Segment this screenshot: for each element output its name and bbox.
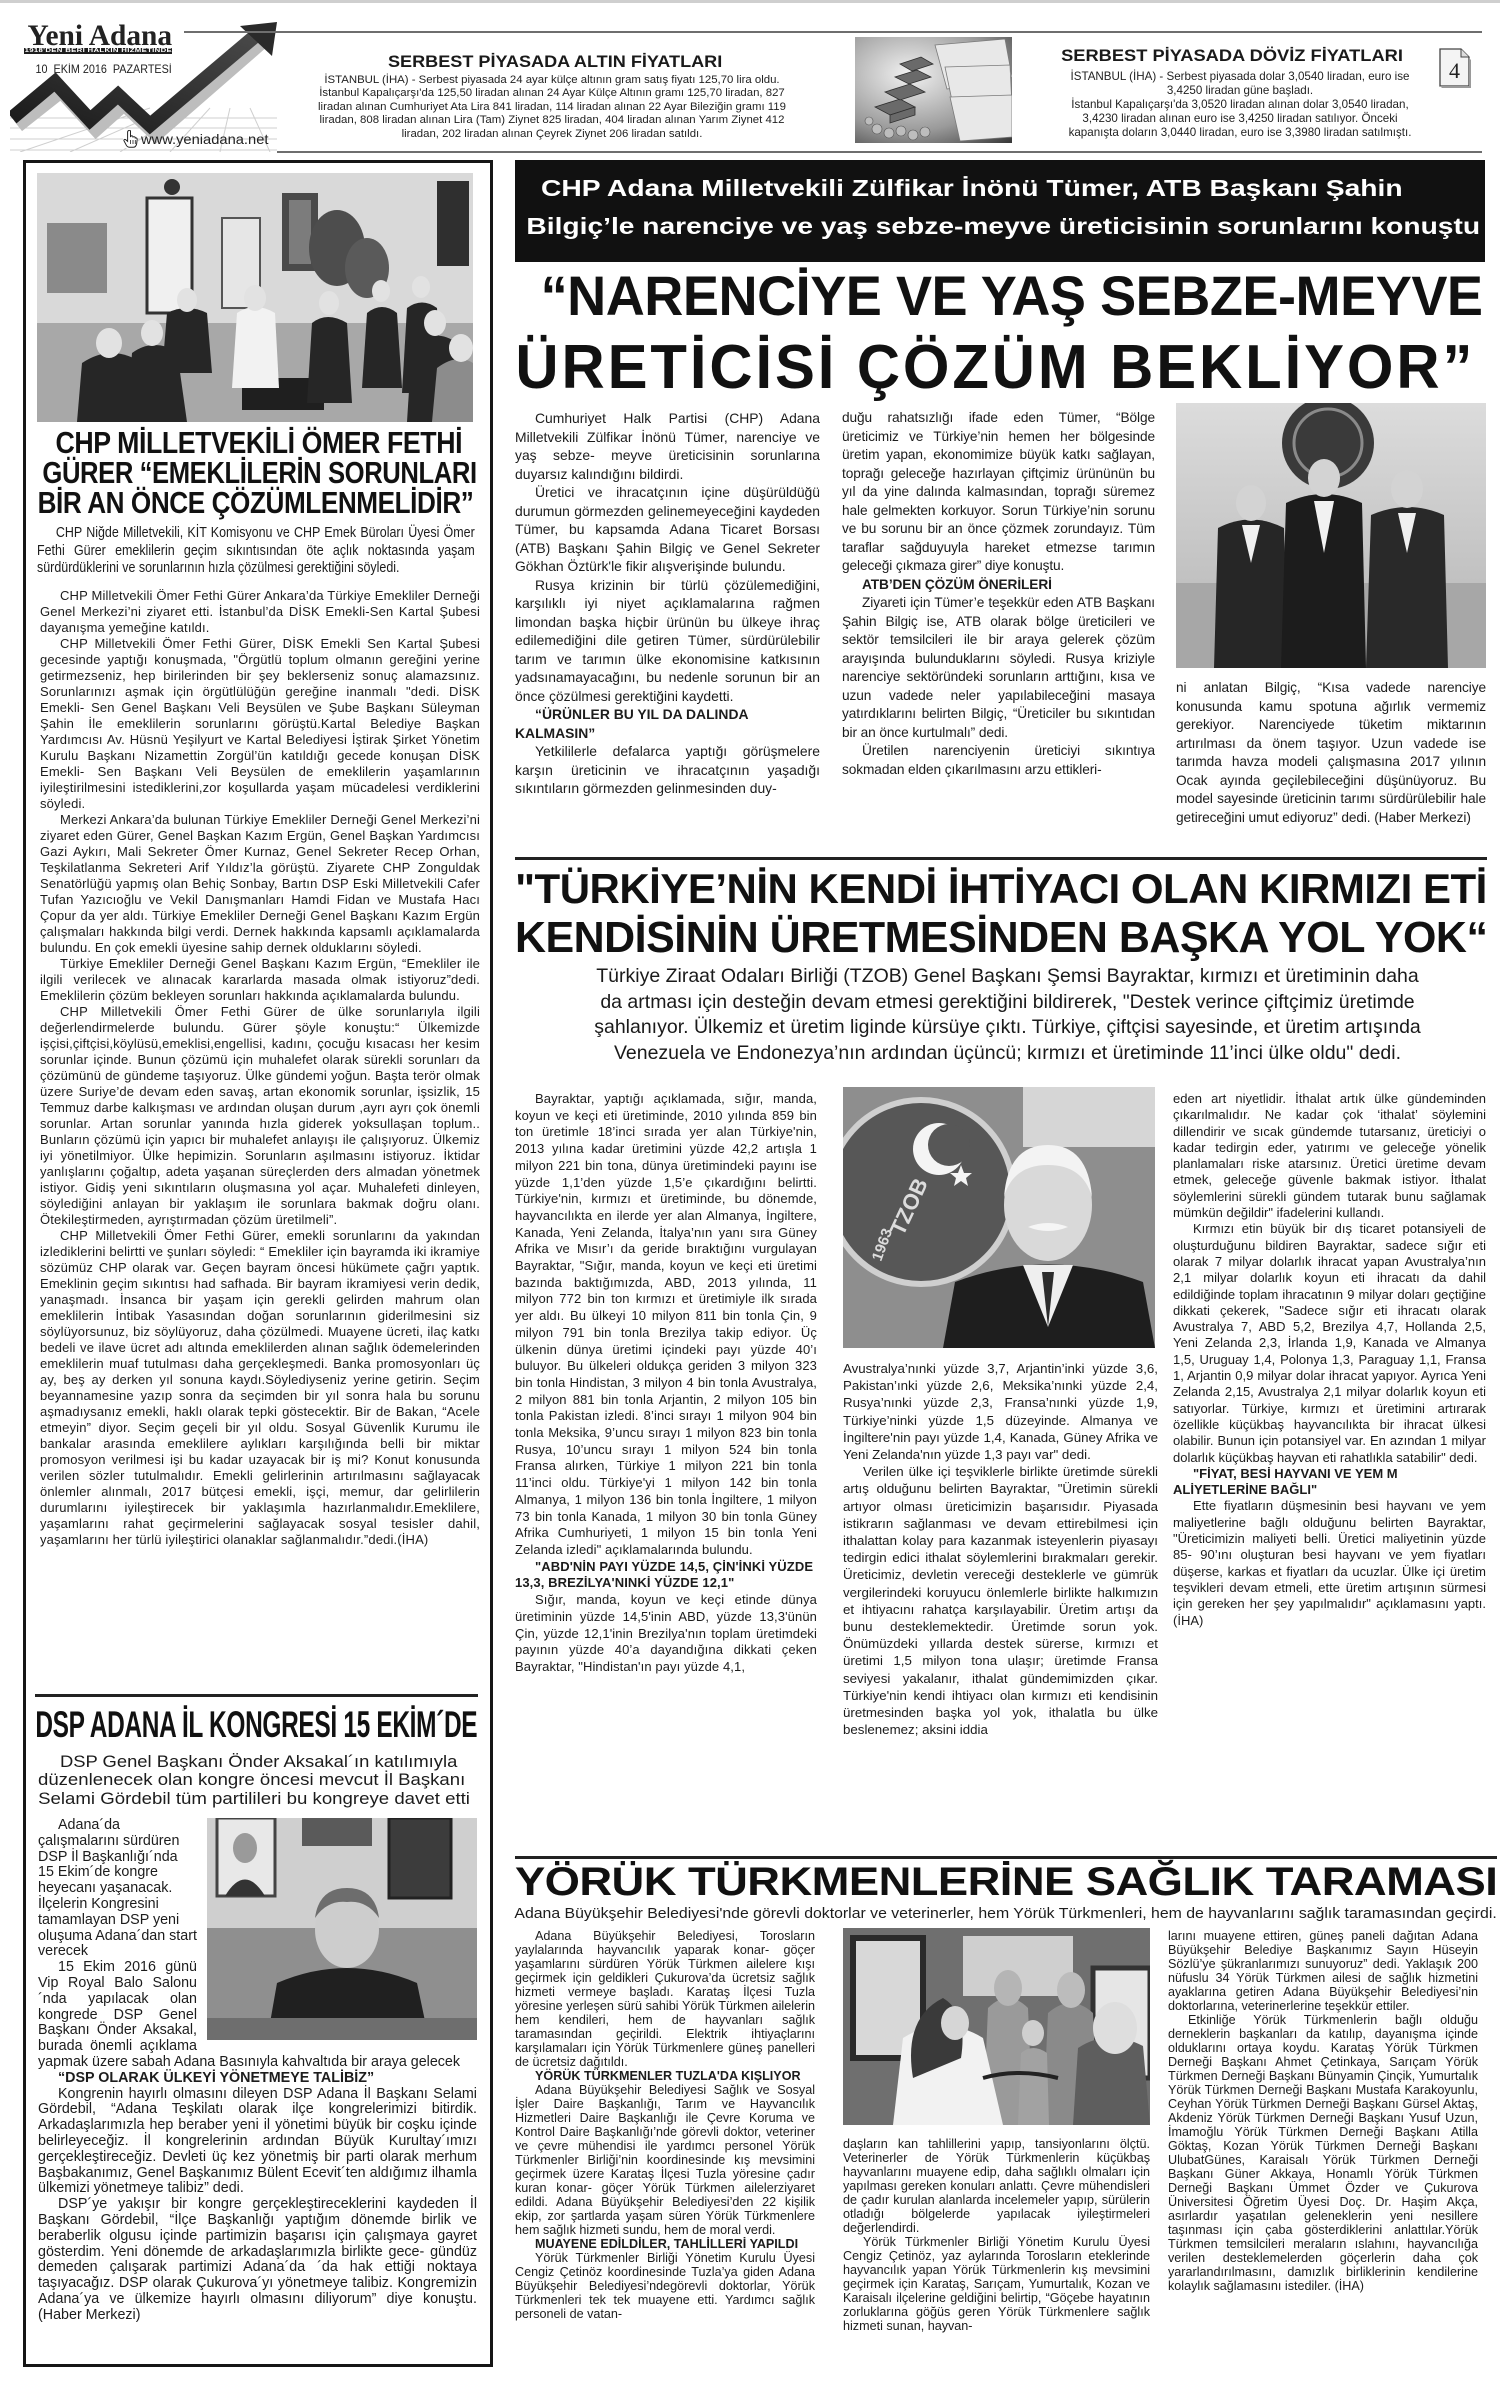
paragraph: CHP Milletvekili Ömer Fethi Gürer Ankara…	[40, 588, 480, 636]
paragraph: Üretici ve ihracatçının içine düşürüldüğ…	[515, 483, 820, 576]
dsp-subhead: “DSP OLARAK ÜLKEYİ YÖNETMEYE TALİBİZ”	[38, 2071, 477, 2087]
logo-tagline-bar: 1918'DEN BERİ HALKIN HİZMETİNDE	[24, 48, 172, 54]
citrus-column-3: ni anlatan Bilgiç, “Kısa vadede narenciy…	[1176, 679, 1486, 841]
paragraph: larını muayene ettiren, güneş paneli dağ…	[1168, 1929, 1478, 2013]
gold-prices-title-box: SERBEST PİYASADA ALTIN FİYATLARI	[388, 52, 722, 71]
paragraph: Adana Büyükşehir Belediyesi Sağlık ve So…	[515, 2083, 815, 2237]
dsp-headline-text: DSP ADANA İL KONGRESİ 15 EKİM´DE	[35, 1704, 477, 1746]
chp-headline-line: BİR AN ÖNCE ÇÖZÜMLENMELİDİR”	[37, 488, 473, 518]
paragraph: Yetkililerle defalarca yaptığı görüşmele…	[515, 742, 820, 798]
page-number-icon: 4	[1438, 48, 1471, 88]
gold-prices-line: liradan, 202 liradan alınan Çeyrek Ziyne…	[272, 128, 832, 141]
atb-vis-photo	[1176, 403, 1486, 668]
fx-prices-line: 3,4250 liradan güne başladı.	[1030, 84, 1450, 98]
paragraph: Bayraktar, yaptığı açıklamada, sığır, ma…	[515, 1091, 817, 1559]
citrus-headline-text: ÜRETİCİSİ ÇÖZÜM BEKLİYOR”	[515, 332, 1475, 403]
intro-line: da artması için desteğin devam etmesi ge…	[515, 990, 1500, 1016]
paragraph: Rusya krizinin bir türlü çözülemediğini,…	[515, 576, 820, 706]
dsp-subheadline-line: Selami Gördebil tüm partilileri bu kongr…	[38, 1790, 470, 1808]
citrus-kicker-line: CHP Adana Milletvekili Zülfikar İnönü Tü…	[541, 174, 1403, 202]
masthead-top-rule	[184, 31, 1482, 33]
paragraph: Ette fiyatların düşmesinin besi hayvanı …	[1173, 1498, 1486, 1628]
paragraph: Cumhuriyet Halk Partisi (CHP) Adana Mill…	[515, 409, 820, 483]
intro-line: Venezuela ve Endonezya’nın ardından üçün…	[515, 1041, 1500, 1067]
redmeat-headline-text: "TÜRKİYE’NİN KENDİ İHTİYACI OLAN KIRMIZI…	[515, 865, 1487, 913]
website-url[interactable]: www.yeniadana.net	[141, 131, 268, 147]
paragraph: Yörük Türkmenler Birliği Yönetim Kurulu …	[843, 2235, 1150, 2333]
fx-prices-title-box: SERBEST PİYASADA DÖVİZ FİYATLARI	[1061, 46, 1403, 65]
redmeat-intro: Türkiye Ziraat Odaları Birliği (TZOB) Ge…	[515, 964, 1500, 1066]
redmeat-subhead: "ABD'NİN PAYI YÜZDE 14,5, ÇİN'İNKİ YÜZDE…	[515, 1559, 817, 1592]
yoruk-column-3: larını muayene ettiren, güneş paneli dağ…	[1168, 1929, 1478, 2369]
fx-prices-line: kapanışta doların 3,0440 liradan, euro i…	[1030, 126, 1450, 140]
redmeat-headline-text: KENDİSİNİN ÜRETMESİNDEN BAŞKA YOL YOK“	[515, 913, 1487, 963]
paragraph: Ziyareti için Tümer’e teşekkür eden ATB …	[842, 594, 1155, 742]
paragraph: eden art niyetlidir. İthalat artık ülke …	[1173, 1091, 1486, 1221]
chp-headline-line: GÜRER “EMEKLİLERİN SORUNLARI	[43, 458, 477, 488]
gold-and-currency-photo	[855, 37, 1012, 143]
paragraph: Kırmızı etin büyük bir dış ticaret potan…	[1173, 1221, 1486, 1465]
yoruk-subhead: MUAYENE EDİLDİLER, TAHLİLLERİ YAPILDI	[515, 2237, 815, 2251]
yoruk-subhead: YÖRÜK TÜRKMENLER TUZLA'DA KIŞLIYOR	[515, 2069, 815, 2083]
issue-date: 10 EKİM 2016 PAZARTESİ	[36, 64, 172, 76]
paragraph: CHP Milletvekili Ömer Fethi Gürer, emekl…	[40, 1228, 480, 1548]
masthead: Yeni Adana 1918'DEN BERİ HALKIN HİZMETİN…	[0, 0, 1500, 158]
paragraph: Etkinliğe Yörük Türkmenlerin bağlı olduğ…	[1168, 2013, 1478, 2293]
yoruk-health-screening-photo	[843, 1928, 1150, 2125]
intro-line: Türkiye Ziraat Odaları Birliği (TZOB) Ge…	[515, 964, 1500, 990]
section-divider	[515, 857, 1487, 860]
citrus-headline-line: ÜRETİCİSİ ÇÖZÜM BEKLİYOR”	[515, 334, 1475, 400]
hand-pointer-icon	[123, 130, 138, 148]
dsp-headline: DSP ADANA İL KONGRESİ 15 EKİM´DE	[35, 1708, 477, 1742]
tzob-president-photo: TZOB 1963	[843, 1087, 1155, 1348]
chp-lede: CHP Niğde Milletvekili, KİT Komisyonu ve…	[37, 525, 475, 578]
paragraph: CHP Milletvekili Ömer Fethi Gürer, DİSK …	[40, 636, 480, 812]
paragraph: Üretilen narenciyenin üreticiyi sıkıntıy…	[842, 742, 1155, 779]
paragraph: daşların kan tahlillerini yapıp, tansiyo…	[843, 2137, 1150, 2235]
yoruk-column-1: Adana Büyükşehir Belediyesi, Torosların …	[515, 1929, 815, 2369]
logo-tagline: 1918'DEN BERİ HALKIN HİZMETİNDE	[24, 48, 171, 54]
paragraph: DSP´ye yakışır bir kongre gerçekleştirec…	[38, 2197, 477, 2323]
citrus-kicker-line: Bilgiç’le narenciye ve yaş sebze-meyve ü…	[527, 211, 1480, 241]
redmeat-headline-line: KENDİSİNİN ÜRETMESİNDEN BAŞKA YOL YOK“	[515, 915, 1487, 961]
gold-prices-title: SERBEST PİYASADA ALTIN FİYATLARI	[388, 52, 722, 72]
dsp-subheadline-text: Selami Gördebil tüm partilileri bu kongr…	[38, 1789, 470, 1809]
fx-prices-line: 3,4230 liradan alınan euro ise 3,4250 li…	[1030, 112, 1450, 126]
gold-prices-line: İSTANBUL (İHA) - Serbest piyasada 24 aya…	[272, 74, 832, 87]
article-divider	[35, 1694, 478, 1697]
citrus-headline-text: “NARENCİYE VE YAŞ SEBZE-MEYVE	[541, 263, 1483, 328]
dsp-article-body: Adana´da çalışmalarını sürdüren DSP İl B…	[38, 1818, 477, 2358]
redmeat-column-3: eden art niyetlidir. İthalat artık ülke …	[1173, 1091, 1486, 1843]
gold-prices-line: liradan alınan Cumhuriyet Ata Lira 841 l…	[272, 101, 832, 114]
dsp-subheadline-line: düzenlenecek olan kongre öncesi mevcut İ…	[38, 1771, 465, 1789]
citrus-headline-line: “NARENCİYE VE YAŞ SEBZE-MEYVE	[541, 266, 1483, 324]
paragraph: Sığır, manda, koyun ve keçi etinde dünya…	[515, 1592, 817, 1676]
paragraph: Verilen ülke içi teşviklerle birlikte ür…	[843, 1463, 1158, 1738]
redmeat-column-2: Avustralya’nınki yüzde 3,7, Arjantin’ink…	[843, 1360, 1158, 1843]
issue-date-box: 10 EKİM 2016 PAZARTESİ	[36, 63, 172, 76]
gold-prices-line: İstanbul Kapalıçarşı'da 125,50 liradan a…	[272, 87, 832, 100]
chp-headline-text: BİR AN ÖNCE ÇÖZÜMLENMELİDİR”	[37, 485, 473, 521]
citrus-subhead: “ÜRÜNLER BU YIL DA DALINDA KALMASIN”	[515, 705, 820, 742]
dsp-subheadline-line: DSP Genel Başkanı Önder Aksakal´ın katıl…	[60, 1753, 457, 1771]
website-link[interactable]: www.yeniadana.net	[141, 131, 268, 147]
paragraph: Yörük Türkmenler Birliği Yönetim Kurulu …	[515, 2251, 815, 2321]
paragraph: CHP Milletvekili Ömer Fethi Gürer de ülk…	[40, 1004, 480, 1228]
yoruk-subheadline-text: Adana Büyükşehir Belediyesi'nde görevli …	[515, 1905, 1497, 1922]
yoruk-subheadline: Adana Büyükşehir Belediyesi'nde görevli …	[515, 1904, 1497, 1922]
newspaper-page: Yeni Adana 1918'DEN BERİ HALKIN HİZMETİN…	[0, 0, 1500, 2395]
citrus-kicker-text: CHP Adana Milletvekili Zülfikar İnönü Tü…	[541, 175, 1403, 202]
page-number: 4	[1449, 58, 1460, 83]
redmeat-subhead: "FİYAT, BESİ HAYVANI VE YEM M ALİYETLERİ…	[1173, 1466, 1486, 1499]
yoruk-headline: YÖRÜK TÜRKMENLERİNE SAĞLIK TARAMASI	[515, 1862, 1497, 1902]
left-column-box: CHP MİLLETVEKİLİ ÖMER FETHİ GÜRER “EMEKL…	[23, 160, 493, 2367]
paragraph: Avustralya’nınki yüzde 3,7, Arjantin’ink…	[843, 1360, 1158, 1463]
chp-article-body: CHP Milletvekili Ömer Fethi Gürer Ankara…	[40, 588, 480, 1682]
paragraph: ni anlatan Bilgiç, “Kısa vadede narenciy…	[1176, 679, 1486, 827]
citrus-subhead: ATB’DEN ÇÖZÜM ÖNERİLERİ	[842, 576, 1155, 595]
paragraph: duğu rahatsızlığı ifade eden Tümer, “Böl…	[842, 409, 1155, 576]
logo-box: Yeni Adana	[27, 24, 172, 48]
gold-prices-text: İSTANBUL (İHA) - Serbest piyasada 24 aya…	[272, 74, 832, 141]
masthead-bottom-rule	[277, 151, 1482, 153]
redmeat-headline-line: "TÜRKİYE’NİN KENDİ İHTİYACI OLAN KIRMIZI…	[515, 868, 1487, 910]
paragraph: Merkezi Ankara’da bulunan Türkiye Emekli…	[40, 812, 480, 956]
gold-prices-line: liradan, 808 liradan alınan Lira (Tam) Z…	[272, 114, 832, 127]
fx-prices-line: İstanbul Kapalıçarşı'da 3,0520 liradan a…	[1030, 98, 1450, 112]
paragraph: Türkiye Emekliler Derneği Genel Başkanı …	[40, 956, 480, 1004]
paragraph: Adana Büyükşehir Belediyesi, Torosların …	[515, 1929, 815, 2069]
citrus-kicker-text: Bilgiç’le narenciye ve yaş sebze-meyve ü…	[527, 213, 1481, 240]
fx-prices-text: İSTANBUL (İHA) - Serbest piyasada dolar …	[1030, 70, 1450, 140]
dsp-chairman-photo	[207, 1818, 477, 2040]
paragraph: Kongrenin hayırlı olmasını dileyen DSP A…	[38, 2087, 477, 2198]
citrus-column-1: Cumhuriyet Halk Partisi (CHP) Adana Mill…	[515, 409, 820, 845]
citrus-column-2: duğu rahatsızlığı ifade eden Tümer, “Böl…	[842, 409, 1155, 845]
redmeat-column-1: Bayraktar, yaptığı açıklamada, sığır, ma…	[515, 1091, 817, 1843]
chp-headline-line: CHP MİLLETVEKİLİ ÖMER FETHİ	[55, 428, 462, 458]
dsp-subheadline-text: DSP Genel Başkanı Önder Aksakal´ın katıl…	[60, 1752, 457, 1772]
dsp-subheadline-text: düzenlenecek olan kongre öncesi mevcut İ…	[38, 1770, 465, 1790]
yoruk-headline-text: YÖRÜK TÜRKMENLERİNE SAĞLIK TARAMASI	[515, 1860, 1497, 1905]
fx-prices-line: İSTANBUL (İHA) - Serbest piyasada dolar …	[1030, 70, 1450, 84]
intro-line: şahlanıyor. Ülkemiz et üretim liginde kü…	[515, 1015, 1500, 1041]
chp-meeting-photo	[37, 173, 473, 422]
yoruk-column-2: daşların kan tahlillerini yapıp, tansiyo…	[843, 2137, 1150, 2369]
fx-prices-title: SERBEST PİYASADA DÖVİZ FİYATLARI	[1061, 46, 1403, 66]
